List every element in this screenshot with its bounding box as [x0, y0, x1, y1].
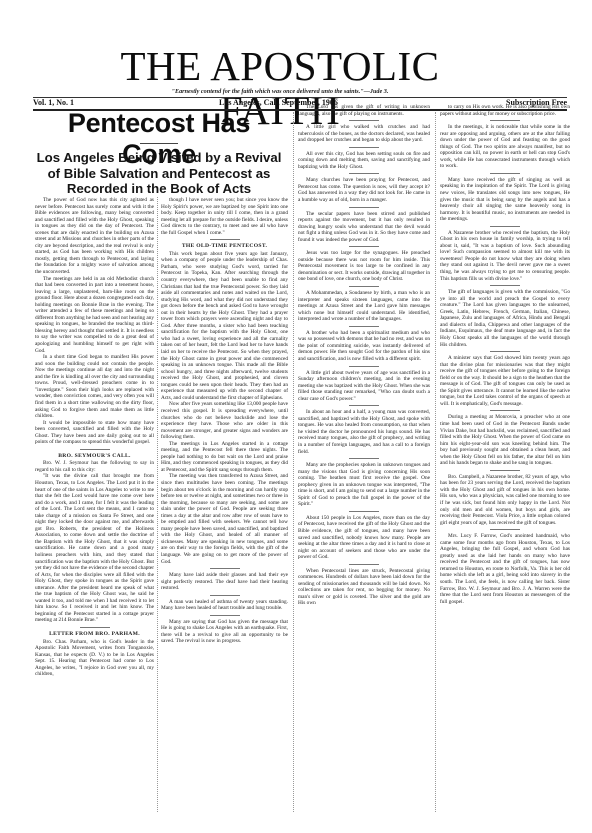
- paragraph: Mrs. Lucy F. Farrow, God's anointed hand…: [440, 533, 570, 605]
- section-heading-parham: LETTER FROM BRO. PARHAM.: [35, 631, 154, 638]
- separator: [490, 351, 520, 352]
- section-heading-old-time-pentecost: THE OLD-TIME PENTECOST.: [161, 243, 288, 250]
- paragraph: A minister says that God showed him twen…: [440, 355, 570, 407]
- separator: [349, 458, 379, 459]
- column-1: The power of God now has this city agita…: [35, 197, 154, 678]
- separator: [349, 326, 379, 327]
- paragraph: Now after five years something like 13,0…: [161, 401, 288, 440]
- separator: [490, 410, 520, 411]
- paragraph: During a meeting at Monrovia, a preacher…: [440, 414, 570, 466]
- paragraph: In about an hour and a half, a young man…: [298, 409, 430, 455]
- paragraph: All over this city, God has been setting…: [298, 151, 430, 171]
- headline-rule: [140, 143, 178, 144]
- paragraph: The secular papers have been stirred and…: [298, 211, 430, 244]
- paragraph: Bro. Campbell, a Nazarene brother, 82 ye…: [440, 474, 570, 526]
- paragraph: When Pentecostal lines are struck, Pente…: [298, 568, 430, 607]
- separator: [490, 120, 520, 121]
- paragraph: Bro. Chas. Parham, who is God's leader i…: [35, 639, 154, 678]
- separator: [349, 366, 379, 367]
- paragraph: Many churches have been praying for Pent…: [298, 177, 430, 203]
- separator: [210, 595, 240, 596]
- separator: [80, 627, 110, 628]
- paragraph: to carry on His own work. He is also pub…: [440, 104, 570, 117]
- separator: [490, 285, 520, 286]
- column-divider: [157, 197, 158, 812]
- separator: [490, 529, 520, 530]
- paragraph: A little girl about twelve years of age …: [298, 370, 430, 403]
- paragraph: It would be impossible to state how many…: [35, 420, 154, 446]
- separator: [490, 173, 520, 174]
- separator: [490, 226, 520, 227]
- paragraph: "It was the divine call that brought me …: [35, 473, 154, 624]
- paragraph: A Nazarene brother who received the bapt…: [440, 230, 570, 282]
- volume-number: Vol. 1, No. 1: [33, 98, 74, 107]
- paragraph: A Mohammedan, a Soudanese by birth, a ma…: [298, 290, 430, 323]
- separator: [349, 120, 379, 121]
- separator: [349, 286, 379, 287]
- paragraph: The Lord has given the gift of writing i…: [298, 104, 430, 117]
- separator: [210, 615, 240, 616]
- newspaper-page: THE APOSTOLIC FAITH "Earnestly contend f…: [0, 0, 592, 833]
- paragraph: The power of God now has this city agita…: [35, 197, 154, 276]
- paragraph: Many are saying that God has given the m…: [161, 619, 288, 645]
- paragraph: though I have never seen you; but since …: [161, 197, 288, 236]
- paragraph: Jesus was too large for the synagogues. …: [298, 250, 430, 283]
- separator: [210, 568, 240, 569]
- paragraph: About 150 people in Los Angeles, more th…: [298, 515, 430, 561]
- lead-subhead: Los Angeles Being Visited by a Revival o…: [33, 150, 285, 197]
- separator: [349, 246, 379, 247]
- section-heading-seymour: BRO. SEYMOUR'S CALL.: [35, 453, 154, 460]
- separator: [349, 173, 379, 174]
- paragraph: The meetings in Los Angeles started in a…: [161, 441, 288, 474]
- separator: [349, 405, 379, 406]
- paragraph: Many have received the gift of singing a…: [440, 177, 570, 223]
- column-4: to carry on His own work. He is also pub…: [440, 104, 570, 605]
- paragraph: A man was healed of asthma of twenty yea…: [161, 599, 288, 612]
- masthead-motto: "Earnestly contend for the faith which w…: [60, 88, 500, 95]
- separator: [490, 470, 520, 471]
- column-divider: [435, 112, 436, 812]
- paragraph: The gift of languages is given with the …: [440, 289, 570, 348]
- separator: [349, 147, 379, 148]
- paragraph: The meetings are held in an old Methodis…: [35, 276, 154, 355]
- paragraph: The meeting was then transferred to Azus…: [161, 473, 288, 565]
- paragraph: In the meetings, it is noticeable that w…: [440, 124, 570, 170]
- paragraph: Many have laid aside their glasses and h…: [161, 572, 288, 592]
- paragraph: A little girl who walked with crutches a…: [298, 124, 430, 144]
- column-divider: [293, 112, 294, 812]
- paragraph: Bro. W. J. Seymour has the following to …: [35, 460, 154, 473]
- separator: [349, 207, 379, 208]
- paragraph: This work began about five years ago las…: [161, 251, 288, 402]
- separator: [80, 449, 110, 450]
- column-2: though I have never seen you; but since …: [161, 197, 288, 645]
- separator: [210, 239, 240, 240]
- column-3: The Lord has given the gift of writing i…: [298, 104, 430, 607]
- paragraph: A brother who had been a spiritualist me…: [298, 330, 430, 363]
- separator: [349, 511, 379, 512]
- separator: [349, 564, 379, 565]
- paragraph: Many are the prophecies spoken in unknow…: [298, 462, 430, 508]
- paragraph: In a short time God began to manifest Hi…: [35, 354, 154, 419]
